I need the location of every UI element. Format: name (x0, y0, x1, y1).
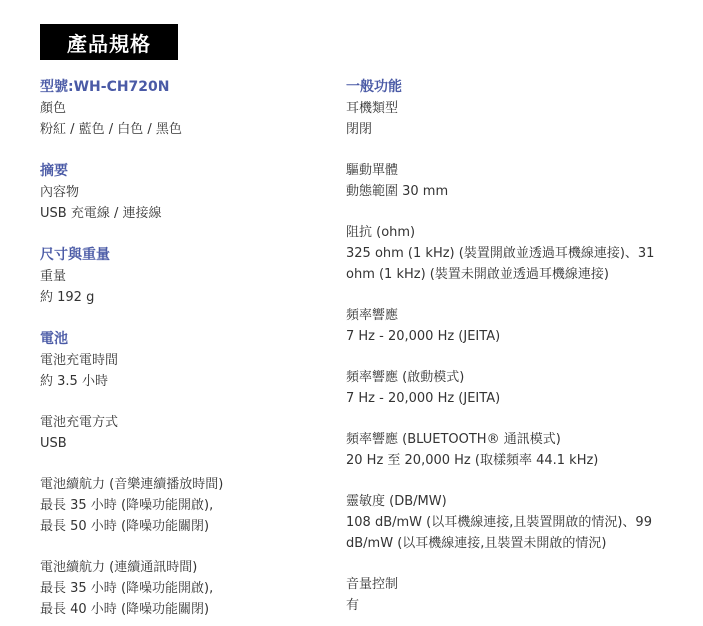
charge-method-label: 電池充電方式 (40, 412, 330, 433)
weight-value: 約 192 g (40, 287, 330, 308)
color-value: 粉紅 / 藍色 / 白色 / 黑色 (40, 119, 330, 140)
general-features-heading: 一般功能 (346, 76, 691, 98)
page-title: 產品規格 (40, 24, 178, 60)
impedance-value-line-2: ohm (1 kHz) (裝置未開啟並透過耳機線連接) (346, 264, 691, 285)
frequency-response-label: 頻率響應 (346, 305, 691, 326)
frequency-response-bt-label: 頻率響應 (BLUETOOTH® 通訊模式) (346, 429, 691, 450)
headphone-type-label: 耳機類型 (346, 98, 691, 119)
frequency-response-value: 7 Hz - 20,000 Hz (JEITA) (346, 326, 691, 347)
music-life-value-nc-off: 最長 50 小時 (降噪功能關閉) (40, 516, 330, 537)
volume-control-label: 音量控制 (346, 574, 691, 595)
contents-label: 內容物 (40, 182, 330, 203)
talk-life-label: 電池續航力 (連續通訊時間) (40, 557, 330, 578)
contents-value: USB 充電線 / 連接線 (40, 203, 330, 224)
charge-time-value: 約 3.5 小時 (40, 371, 330, 392)
battery-heading: 電池 (40, 328, 330, 350)
headphone-type-value: 閉閉 (346, 119, 691, 140)
music-life-label: 電池續航力 (音樂連續播放時間) (40, 474, 330, 495)
sensitivity-value-line-2: dB/mW (以耳機線連接,且裝置未開啟的情況) (346, 533, 691, 554)
frequency-response-active-value: 7 Hz - 20,000 Hz (JEITA) (346, 388, 691, 409)
color-label: 顏色 (40, 98, 330, 119)
impedance-value-line-1: 325 ohm (1 kHz) (裝置開啟並透過耳機線連接)、31 (346, 243, 691, 264)
music-life-value-nc-on: 最長 35 小時 (降噪功能開啟), (40, 495, 330, 516)
driver-unit-value: 動態範圍 30 mm (346, 181, 691, 202)
charge-time-label: 電池充電時間 (40, 350, 330, 371)
talk-life-value-nc-on: 最長 35 小時 (降噪功能開啟), (40, 578, 330, 599)
talk-life-value-nc-off: 最長 40 小時 (降噪功能關閉) (40, 599, 330, 620)
size-weight-heading: 尺寸與重量 (40, 244, 330, 266)
summary-heading: 摘要 (40, 160, 330, 182)
charge-method-value: USB (40, 433, 330, 454)
driver-unit-label: 驅動單體 (346, 160, 691, 181)
model-heading: 型號:WH-CH720N (40, 76, 330, 98)
left-spec-column: 型號:WH-CH720N 顏色 粉紅 / 藍色 / 白色 / 黑色 摘要 內容物… (40, 76, 330, 620)
impedance-label: 阻抗 (ohm) (346, 222, 691, 243)
volume-control-value: 有 (346, 595, 691, 616)
sensitivity-label: 靈敏度 (DB/MW) (346, 491, 691, 512)
sensitivity-value-line-1: 108 dB/mW (以耳機線連接,且裝置開啟的情況)、99 (346, 512, 691, 533)
right-spec-column: 一般功能 耳機類型 閉閉 驅動單體 動態範圍 30 mm 阻抗 (ohm) 32… (346, 76, 691, 616)
frequency-response-bt-value: 20 Hz 至 20,000 Hz (取樣頻率 44.1 kHz) (346, 450, 691, 471)
weight-label: 重量 (40, 266, 330, 287)
frequency-response-active-label: 頻率響應 (啟動模式) (346, 367, 691, 388)
